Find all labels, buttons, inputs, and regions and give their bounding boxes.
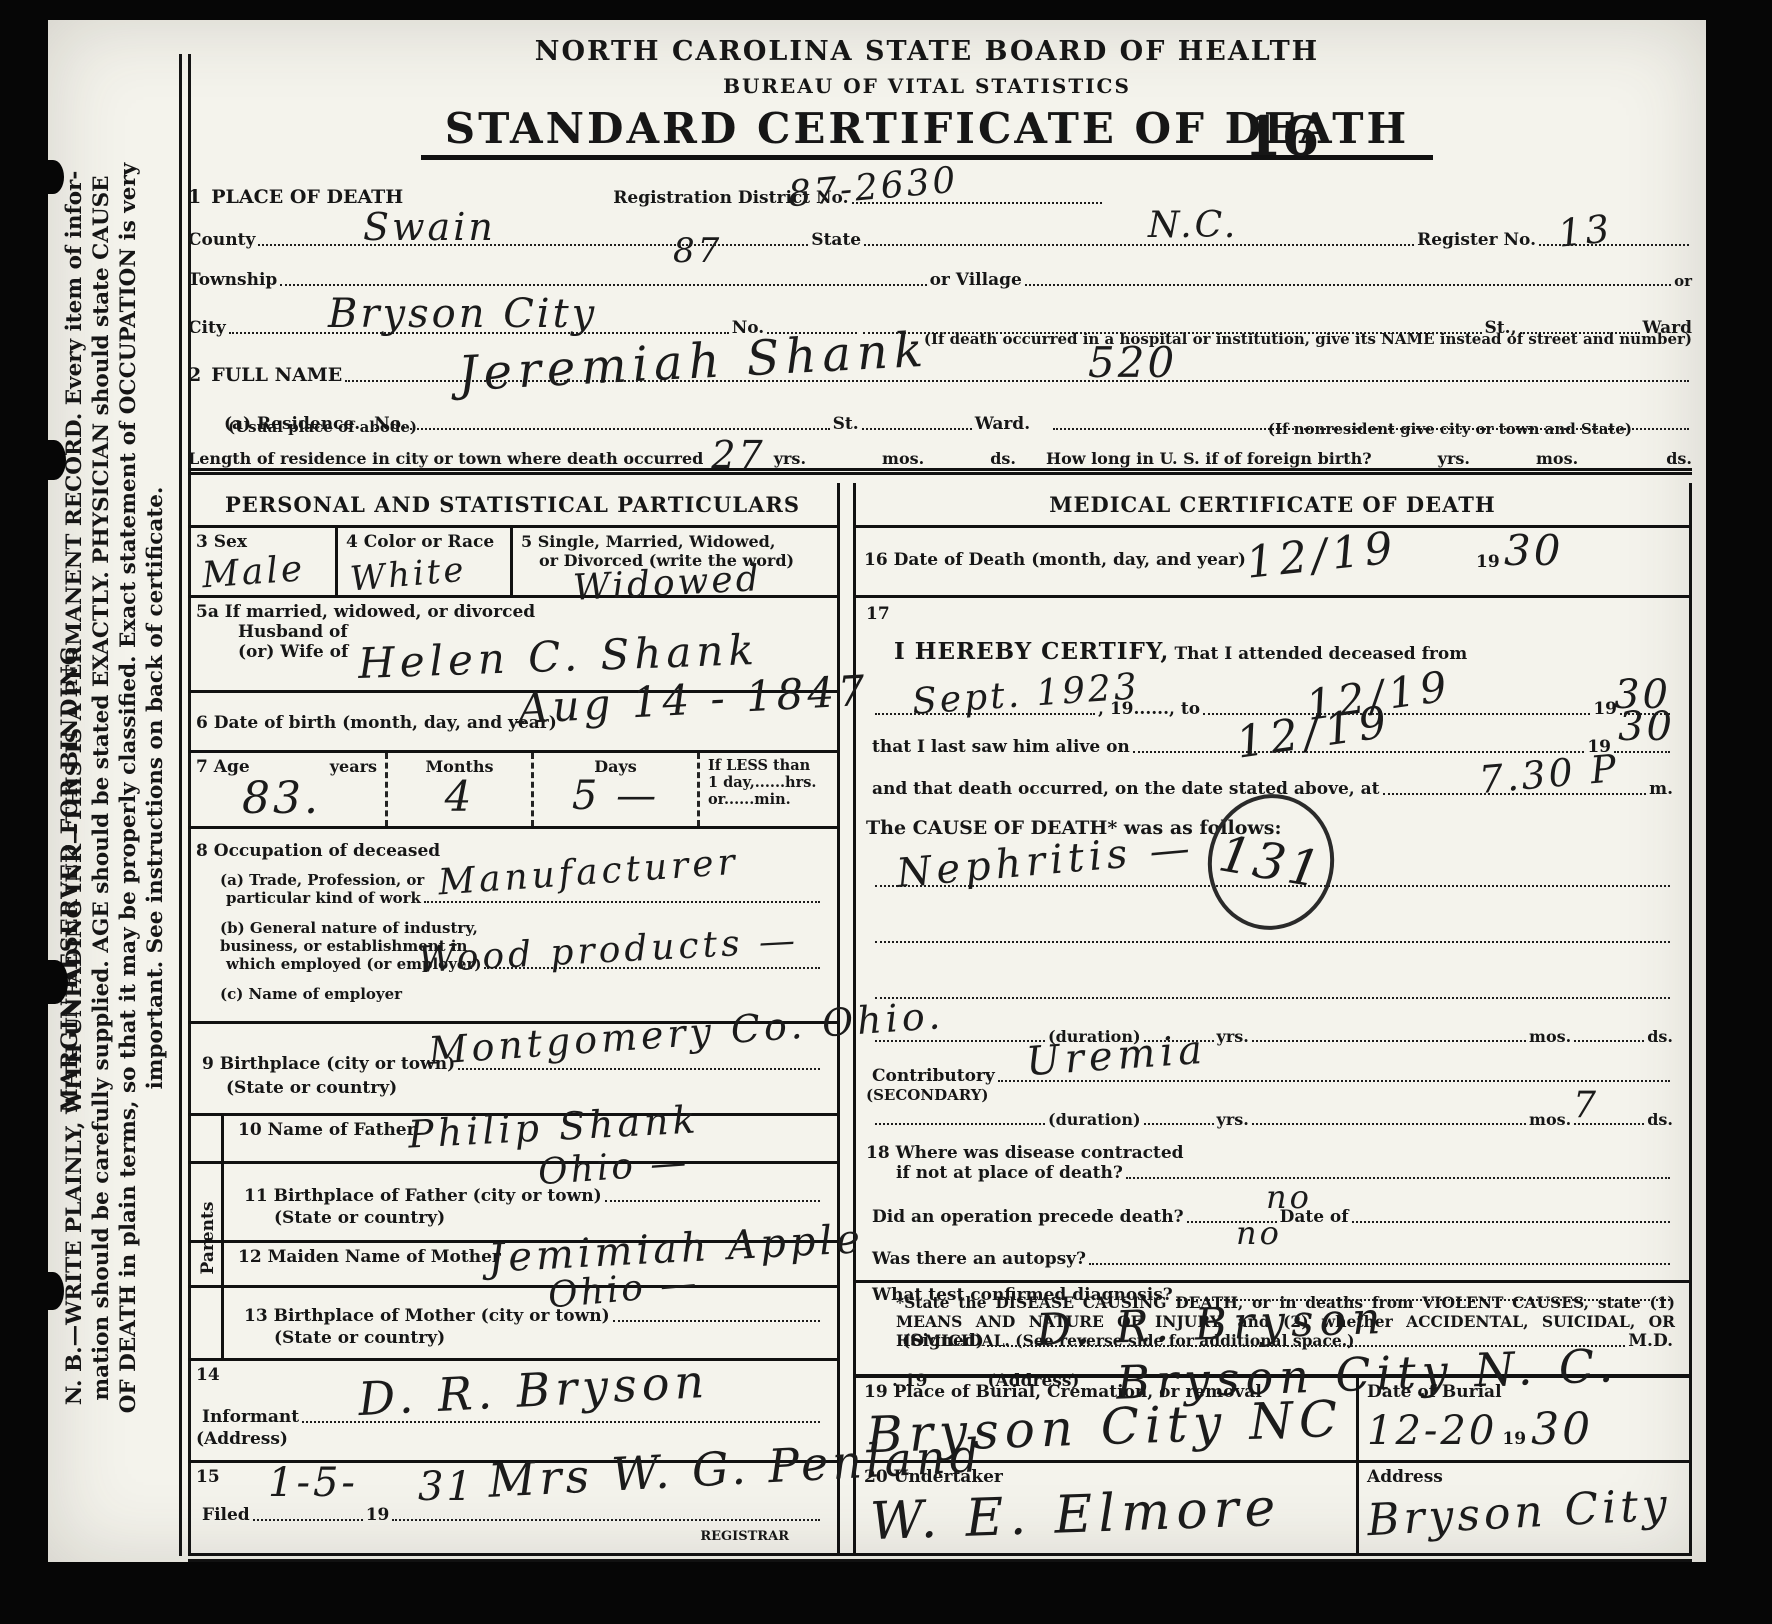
duration2-ds: ds. (1647, 1110, 1673, 1129)
burial-date-year: 30 (1531, 1404, 1593, 1455)
certify-intro-bold: I HEREBY CERTIFY, (894, 638, 1169, 665)
filed-date-value: 1-5- (268, 1463, 358, 1503)
death-date-label: Date of Death (month, day, and year) (894, 550, 1246, 570)
residence-st-label: St. (833, 414, 859, 434)
age-less3: or......min. (708, 791, 829, 808)
certify-no: 17 (866, 604, 1679, 624)
spacer (809, 454, 879, 464)
row-sex-race-marital: 3 Sex Male 4 Color or Race White 5 Singl… (188, 528, 837, 598)
dotted-line (392, 1509, 820, 1521)
birthplace-label: Birthplace (city or town) (220, 1054, 455, 1074)
death-time-value: 7.30 P (1477, 749, 1620, 799)
marital-label1: Single, Married, Widowed, (538, 532, 776, 551)
scanned-death-certificate: { "units": {"yrs": "yrs.", "mos": "mos."… (0, 0, 1772, 1624)
township-label: Township (188, 270, 277, 290)
us-mos: mos. (1536, 449, 1578, 468)
undertaker-value: W. E. Elmore (869, 1482, 1282, 1548)
undertaker-cell: 20 Undertaker W. E. Elmore (856, 1463, 1359, 1553)
age-years-label: years (330, 757, 377, 776)
certificate-number: 16 (1244, 104, 1319, 168)
spouse-no: 5a (196, 602, 219, 622)
length-yrs: yrs. (774, 449, 806, 468)
age-months-cell: Months 4 (388, 753, 534, 826)
sex-value: Male (201, 550, 328, 595)
row-city: City No. St., Ward Bryson City (If death… (188, 290, 1692, 338)
row-mother-name: 12 Maiden Name of Mother Jemimiah Apple (188, 1243, 837, 1288)
informant-label: Informant (202, 1407, 299, 1427)
dotted-line (1252, 1113, 1526, 1125)
signed-label: (Signed) (902, 1331, 984, 1351)
birthplace-no: 9 (202, 1054, 214, 1074)
contributory-line: Contributory Uremia (866, 1066, 1679, 1086)
death-date-19: 19 (1476, 552, 1500, 572)
autopsy-label: Was there an autopsy? (872, 1249, 1086, 1269)
burial-date-cell: Date of Burial 12-20 19 30 (1359, 1378, 1689, 1460)
duration2-mos-value: 7 (1573, 1088, 1599, 1124)
md-label: M.D. (1628, 1331, 1673, 1351)
burial-date-label: Date of Burial (1367, 1382, 1502, 1402)
length-label: Length of residence in city or town wher… (188, 449, 703, 468)
occupation-label: Occupation of deceased (214, 841, 440, 861)
cause-code-value: 131 (1215, 828, 1327, 895)
spacer (1375, 454, 1435, 464)
q18-block: 18 Where was disease contracted if not a… (866, 1143, 1679, 1391)
dotted-line (253, 1509, 363, 1521)
q18-line2: if not at place of death? (872, 1163, 1123, 1183)
birthdate-no: 6 (196, 713, 208, 733)
dotted-line (1126, 1167, 1670, 1179)
race-cell: 4 Color or Race White (338, 528, 513, 595)
marital-cell: 5 Single, Married, Widowed, or Divorced … (513, 528, 837, 595)
age-months-value: 4 (396, 776, 523, 818)
fullname-number: 520 (1088, 342, 1177, 384)
duration2-mos: mos. (1529, 1110, 1571, 1129)
state-label: State (811, 230, 861, 250)
length-mos: mos. (882, 449, 924, 468)
age-years-value: 83. (242, 777, 377, 821)
father-label: Name of Father (268, 1120, 416, 1140)
dotted-line (875, 1030, 1045, 1042)
length-ds: ds. (990, 449, 1016, 468)
dotted-line (875, 931, 1670, 943)
occupation-c-label: (c) Name of employer (196, 985, 829, 1003)
birthplace-sub: (State or country) (196, 1078, 829, 1098)
duration1-ds: ds. (1647, 1027, 1673, 1046)
dotted-line (410, 418, 830, 430)
spacer (1473, 454, 1533, 464)
birthdate-label: Date of birth (month, day, and year) (214, 713, 557, 733)
occupation-a2: particular kind of work (202, 889, 421, 907)
secondary-label: (SECONDARY) (866, 1086, 1679, 1104)
dotted-line (1025, 274, 1671, 286)
register-value: 13 (1556, 209, 1614, 252)
row-mother-birthplace: 13 Birthplace of Mother (city or town) (… (188, 1288, 837, 1361)
sex-cell: 3 Sex Male (188, 528, 338, 595)
county-value: Swain (363, 208, 496, 246)
filed-year-value: 31 (418, 1467, 475, 1507)
board-title: NORTH CAROLINA STATE BOARD OF HEALTH (188, 36, 1666, 67)
place-item-no: 1 (188, 186, 201, 208)
undertaker-address-cell: Address Bryson City (1359, 1463, 1689, 1553)
certificate-paper: MARGIN RESERVED FOR BINDING N. B.—WRITE … (48, 20, 1706, 1562)
certify-intro: I HEREBY CERTIFY, That I attended deceas… (894, 638, 1679, 665)
death-date-year: 30 (1504, 530, 1563, 572)
filed-19: 19 (366, 1505, 390, 1525)
marital-no: 5 (521, 532, 532, 551)
scan-artifact (42, 960, 68, 1004)
father-birth-no: 11 (244, 1186, 268, 1206)
dotted-line (605, 1190, 820, 1202)
us-length-label: How long in U. S. if of foreign birth? (1046, 449, 1372, 468)
cause-line-3 (866, 987, 1679, 1003)
occurred-m-label: m. (1649, 779, 1673, 799)
row-occupation: 8 Occupation of deceased (a) Trade, Prof… (188, 829, 837, 1024)
duration2-label: (duration) (1048, 1110, 1141, 1129)
row-length-of-residence: Length of residence in city or town wher… (188, 434, 1692, 468)
occupation-no: 8 (196, 841, 208, 861)
row-filed: 15 Filed 19 REGISTRAR 1-5- 31 Mrs W. G. … (188, 1463, 837, 1553)
medical-section-title: MEDICAL CERTIFICATE OF DEATH (856, 483, 1689, 528)
duration1-yrs: yrs. (1217, 1027, 1249, 1046)
duration-line-2: (duration) yrs. mos. ds. 7 (866, 1110, 1679, 1129)
row-full-name: 2 FULL NAME Jeremiah Shank 520 (188, 338, 1692, 386)
form-columns: PERSONAL AND STATISTICAL PARTICULARS 3 S… (188, 483, 1692, 1553)
undertaker-address-label: Address (1367, 1467, 1443, 1487)
dotted-line (258, 234, 808, 246)
dotted-line (875, 1113, 1045, 1125)
burial-place-value: Bryson City NC (865, 1394, 1344, 1461)
fullname-item-no: 2 (188, 364, 201, 386)
duration2-yrs: yrs. (1217, 1110, 1249, 1129)
undertaker-address-value: Bryson City (1366, 1483, 1682, 1543)
operation-label: Did an operation precede death? (872, 1207, 1184, 1227)
mother-birth-sub: (State or country) (238, 1328, 829, 1348)
village-suffix: or (1674, 272, 1692, 290)
row-county-state: County State Register No. Swain 87 N.C. … (188, 208, 1692, 250)
row-place-of-death: 1 PLACE OF DEATH Registration District N… (188, 172, 1692, 208)
mother-no: 12 (238, 1247, 262, 1267)
last-saw-label: that I last saw him alive on (872, 737, 1130, 757)
undertaker-label: Undertaker (894, 1467, 1003, 1487)
city-value: Bryson City (328, 294, 597, 334)
scan-artifact (42, 440, 66, 480)
county-label: County (188, 230, 255, 250)
row-father-name: 10 Name of Father Philip Shank (188, 1116, 837, 1164)
sex-label: Sex (214, 532, 247, 552)
dotted-line (1144, 1113, 1214, 1125)
autopsy-line: Was there an autopsy? (866, 1249, 1679, 1269)
row-township: Township or Village or (188, 250, 1692, 290)
residence-ward-label: Ward. (975, 414, 1030, 434)
duration-line-1: (duration) yrs. mos. ds. (866, 1027, 1679, 1046)
last-saw-year: 30 (1618, 707, 1675, 747)
age-days-value: 5 — (542, 776, 689, 816)
age-days-cell: Days 5 — (534, 753, 700, 826)
scan-artifact (42, 1272, 64, 1310)
operation-value-2: no (1236, 1217, 1282, 1249)
q18-line1: Where was disease contracted (896, 1143, 1184, 1163)
parents-block: Parents 10 Name of Father Philip Shank 1… (188, 1116, 837, 1361)
certify-block: 17 I HEREBY CERTIFY, That I attended dec… (856, 598, 1689, 1283)
burial-date-value: 12-20 (1367, 1408, 1497, 1454)
burial-place-cell: 19 Place of Burial, Cremation, or remova… (856, 1378, 1359, 1460)
dotted-line (1252, 1030, 1526, 1042)
spacer (1581, 454, 1663, 464)
undertaker-no: 20 (864, 1467, 888, 1487)
father-birth-value: Ohio — (537, 1145, 690, 1191)
dotted-line (613, 1310, 820, 1322)
margin-note-text: N. B.—WRITE PLAINLY, WITH UNFADING INK—T… (61, 68, 169, 1508)
fullname-label: FULL NAME (211, 364, 342, 386)
mother-birth-no: 13 (244, 1306, 268, 1326)
row-undertaker: 20 Undertaker W. E. Elmore Address Bryso… (856, 1463, 1689, 1553)
top-fields: 1 PLACE OF DEATH Registration District N… (188, 172, 1692, 468)
registrar-label: REGISTRAR (196, 1529, 829, 1544)
signed-value: D. R. Bryson (1035, 1297, 1387, 1353)
double-rule (188, 468, 1692, 475)
dotted-line (1574, 1030, 1644, 1042)
row-burial: 19 Place of Burial, Cremation, or remova… (856, 1378, 1689, 1463)
dotted-line (862, 418, 972, 430)
dotted-line (1352, 1211, 1670, 1223)
register-label: Register No. (1417, 230, 1536, 250)
district-value: 87-2630 (787, 163, 960, 214)
burial-date-19: 19 (1502, 1429, 1526, 1449)
scan-artifact (42, 160, 64, 194)
mother-label: Maiden Name of Mother (268, 1247, 501, 1267)
dotted-line (864, 234, 1414, 246)
dotted-line (280, 274, 926, 286)
city-label: City (188, 318, 226, 338)
personal-section-title: PERSONAL AND STATISTICAL PARTICULARS (188, 483, 837, 528)
spacer (927, 454, 987, 464)
age-no: 7 (196, 757, 208, 777)
age-less1: If LESS than (708, 757, 829, 774)
row-age: 7 Age years 83. Months 4 Days 5 — If LES… (188, 753, 837, 829)
q18-no: 18 (866, 1143, 890, 1163)
race-label: Color or Race (364, 532, 494, 552)
row-birthplace: 9 Birthplace (city or town) (State or co… (188, 1024, 837, 1116)
personal-column: PERSONAL AND STATISTICAL PARTICULARS 3 S… (188, 483, 840, 1553)
filed-label: Filed (202, 1505, 250, 1525)
race-no: 4 (346, 532, 358, 552)
father-no: 10 (238, 1120, 262, 1140)
spouse-label: If married, widowed, or divorced (225, 602, 535, 622)
age-less2: 1 day,......hrs. (708, 774, 829, 791)
sex-no: 3 (196, 532, 208, 552)
age-years-cell: 7 Age years 83. (188, 753, 388, 826)
death-date-no: 16 (864, 550, 888, 570)
age-less-cell: If LESS than 1 day,......hrs. or......mi… (700, 753, 837, 826)
row-residence: (a) Residence. No. St. Ward. (Usual plac… (188, 386, 1692, 434)
bureau-title: BUREAU OF VITAL STATISTICS (188, 74, 1666, 98)
contributory-value: Uremia (1025, 1030, 1208, 1083)
death-date-value: 12/19 (1244, 526, 1400, 586)
certify-intro-rest: That I attended deceased from (1174, 644, 1467, 664)
us-yrs: yrs. (1438, 449, 1470, 468)
form-header: NORTH CAROLINA STATE BOARD OF HEALTH BUR… (188, 36, 1666, 160)
duration1-mos: mos. (1529, 1027, 1571, 1046)
us-ds: ds. (1666, 449, 1692, 468)
operation-line: Did an operation precede death? Date of … (866, 1207, 1679, 1227)
bottom-double-rule (188, 1553, 1692, 1562)
race-value: White (349, 549, 503, 596)
row-death-date: 16 Date of Death (month, day, and year) … (856, 528, 1689, 598)
burial-no: 19 (864, 1382, 888, 1402)
contributory-label: Contributory (872, 1066, 995, 1086)
cause-code-circle: 131 (1197, 784, 1345, 940)
medical-column: MEDICAL CERTIFICATE OF DEATH 16 Date of … (853, 483, 1692, 1553)
dotted-line (875, 987, 1670, 999)
state-value: N.C. (1148, 208, 1238, 244)
cause-line-2 (866, 931, 1679, 947)
operation-value: no (1266, 1181, 1312, 1213)
dotted-line (1089, 1253, 1670, 1265)
row-birth-date: 6 Date of birth (month, day, and year) A… (188, 693, 837, 753)
occurred-label: and that death occurred, on the date sta… (872, 779, 1380, 799)
village-label: or Village (930, 270, 1022, 290)
